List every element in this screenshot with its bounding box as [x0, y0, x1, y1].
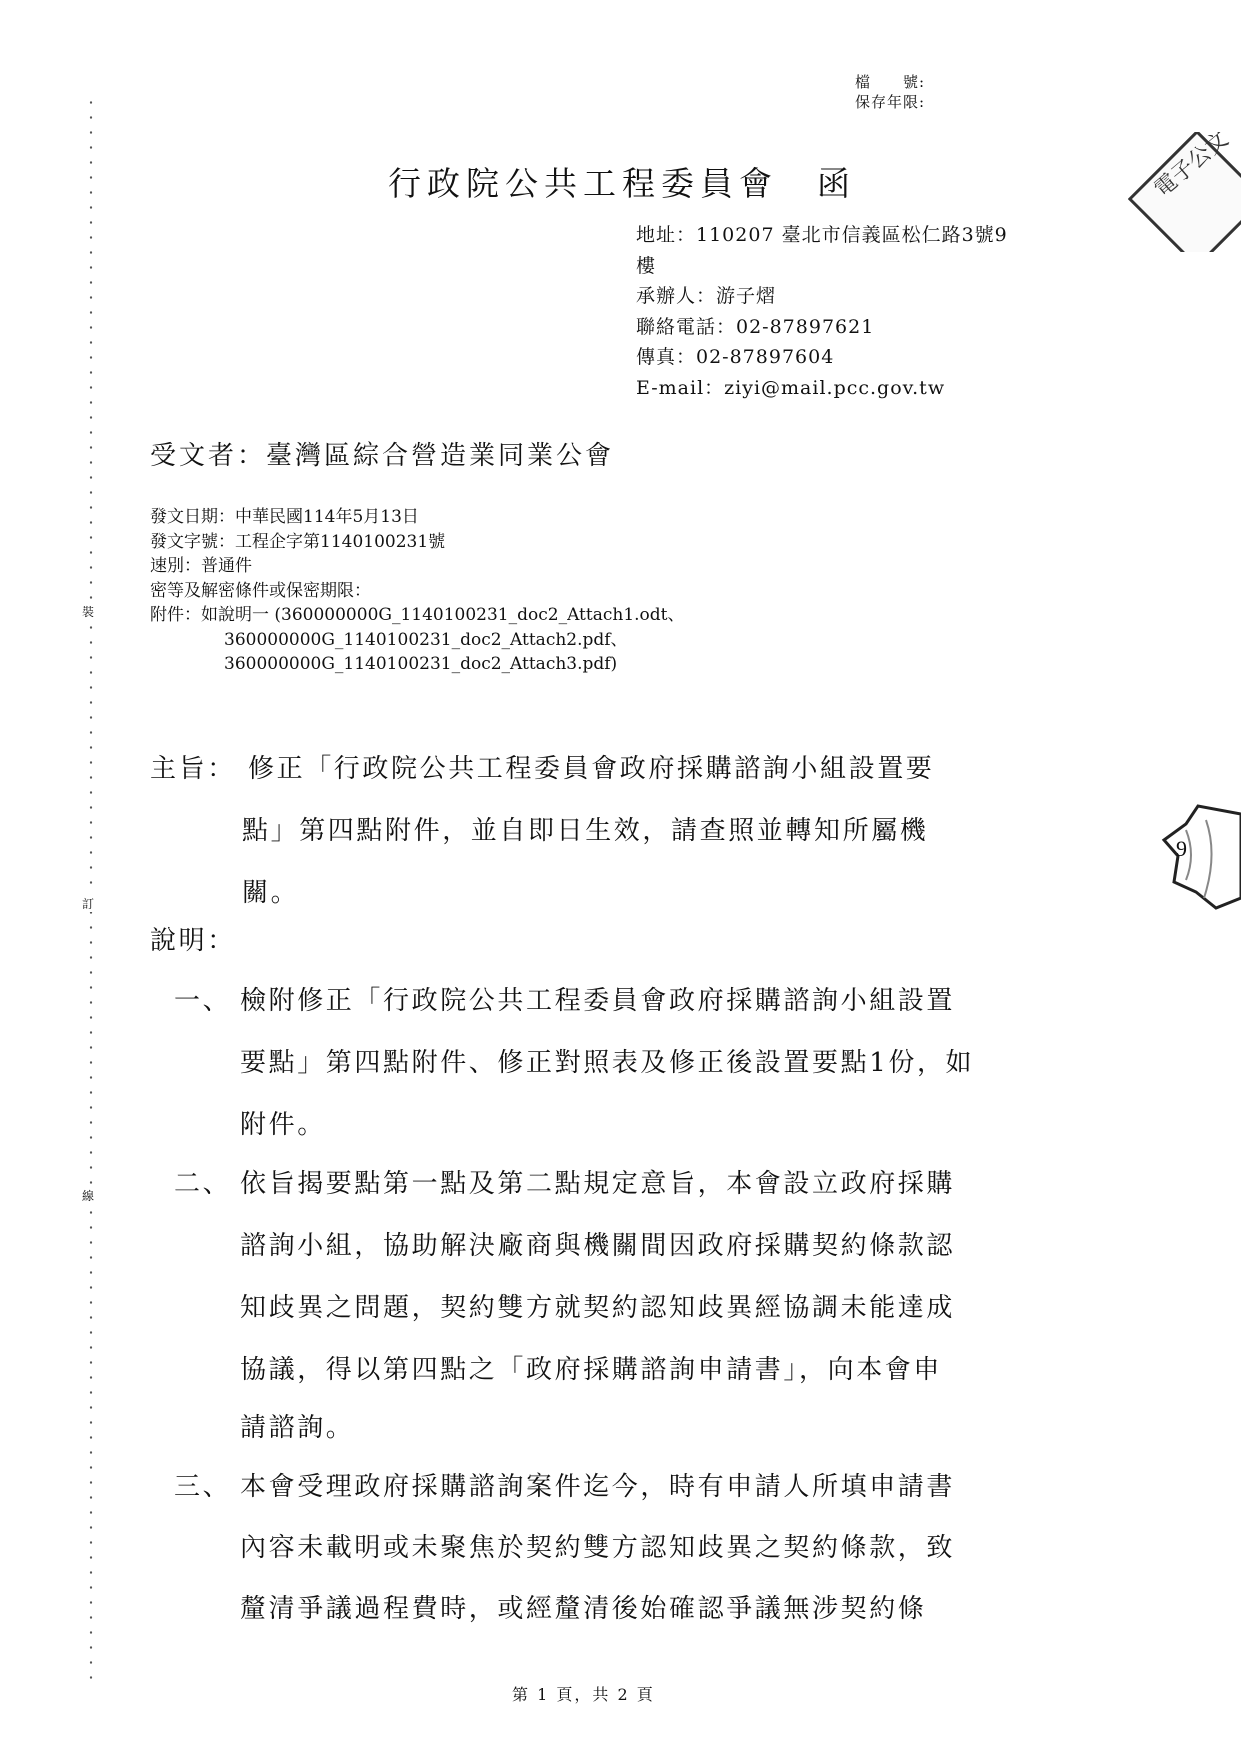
item-3-line-3: 釐清爭議過程費時，或經釐清後始確認爭議無涉契約條: [240, 1588, 926, 1625]
document-meta: 發文日期：中華民國114年5月13日 發文字號：工程企字第1140100231號…: [150, 505, 685, 677]
attachment-line-1: 附件：如說明一 (360000000G_1140100231_doc2_Atta…: [150, 603, 685, 628]
binding-dotted-line: [88, 95, 94, 1680]
contact-block: 地址：110207 臺北市信義區松仁路3號9 樓 承辦人：游子熠 聯絡電話：02…: [636, 220, 1008, 403]
seal-number: 9: [1176, 836, 1187, 862]
binding-char-ding: 訂: [82, 896, 94, 912]
subject-line-3: 關。: [242, 872, 299, 909]
handler: 承辦人：游子熠: [636, 281, 1008, 312]
item-3-line-2: 內容未載明或未聚焦於契約雙方認知歧異之契約條款，致: [240, 1527, 955, 1564]
item-3-line-1: 本會受理政府採購諮詢案件迄今，時有申請人所填申請書: [240, 1466, 955, 1503]
item-2-line-2: 諮詢小組，協助解決廠商與機關間因政府採購契約條款認: [240, 1225, 955, 1262]
binding-char-zhuang: 裝: [82, 604, 94, 620]
item-2-line-4: 協議，得以第四點之「政府採購諮詢申請書」，向本會申: [240, 1349, 942, 1386]
item-1-line-2: 要點」第四點附件、修正對照表及修正後設置要點1份，如: [240, 1042, 974, 1079]
phone: 聯絡電話：02-87897621: [636, 312, 1008, 343]
seal-stamp-icon: [1156, 800, 1241, 910]
page-title: 行政院公共工程委員會 函: [388, 158, 856, 205]
recipient: 受文者：臺灣區綜合營造業同業公會: [150, 435, 614, 472]
subject-line-2: 點」第四點附件，並自即日生效，請查照並轉知所屬機: [242, 810, 928, 847]
subject-line-1: 修正「行政院公共工程委員會政府採購諮詢小組設置要: [248, 748, 934, 785]
email: E-mail：ziyi@mail.pcc.gov.tw: [636, 373, 1008, 404]
filing-info: 檔 號: 保存年限:: [855, 72, 925, 112]
item-2-line-1: 依旨揭要點第一點及第二點規定意旨，本會設立政府採購: [240, 1163, 955, 1200]
file-number-label: 檔 號:: [855, 72, 925, 92]
binding-char-xian: 線: [82, 1188, 94, 1204]
address-line-1: 地址：110207 臺北市信義區松仁路3號9: [636, 220, 1008, 251]
secrecy-level: 密等及解密條件或保密期限：: [150, 579, 685, 604]
attachment-line-3: 360000000G_1140100231_doc2_Attach3.pdf): [150, 652, 685, 677]
speed-class: 速別：普通件: [150, 554, 685, 579]
attachment-line-2: 360000000G_1140100231_doc2_Attach2.pdf、: [150, 628, 685, 653]
explanation-label: 說明：: [150, 920, 236, 957]
item-1-marker: 一、: [174, 980, 231, 1017]
electronic-document-stamp: 電子公文: [1128, 132, 1241, 252]
fax: 傳真：02-87897604: [636, 342, 1008, 373]
document-number: 發文字號：工程企字第1140100231號: [150, 530, 685, 555]
item-2-line-5: 請諮詢。: [240, 1407, 354, 1444]
item-2-marker: 二、: [174, 1163, 231, 1200]
issue-date: 發文日期：中華民國114年5月13日: [150, 505, 685, 530]
item-1-line-3: 附件。: [240, 1104, 326, 1141]
address-line-2: 樓: [636, 251, 1008, 282]
subject-label: 主旨：: [150, 748, 236, 785]
item-1-line-1: 檢附修正「行政院公共工程委員會政府採購諮詢小組設置: [240, 980, 955, 1017]
item-3-marker: 三、: [174, 1466, 231, 1503]
page-indicator: 第 1 頁，共 2 頁: [512, 1682, 655, 1705]
retention-period-label: 保存年限:: [855, 92, 925, 112]
item-2-line-3: 知歧異之問題，契約雙方就契約認知歧異經協調未能達成: [240, 1287, 955, 1324]
